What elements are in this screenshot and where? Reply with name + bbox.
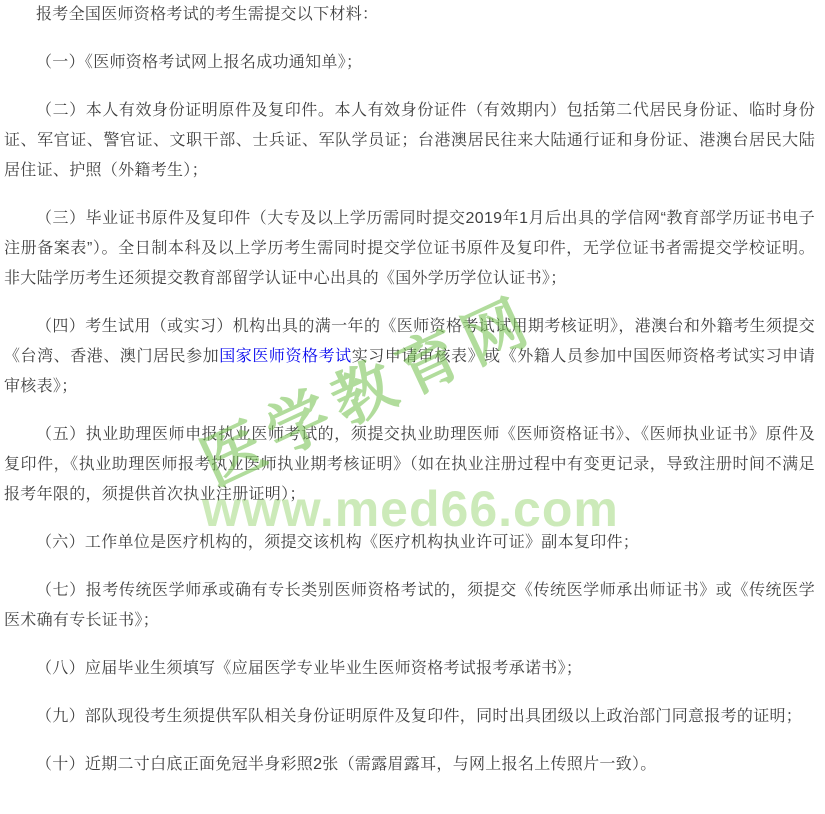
requirement-item-3: （三）毕业证书原件及复印件（大专及以上学历需同时提交2019年1月后出具的学信网… [4,204,815,294]
requirement-item-5: （五）执业助理医师申报执业医师考试的，须提交执业助理医师《医师资格证书》、《医师… [4,420,815,510]
requirement-item-10: （十）近期二寸白底正面免冠半身彩照2张（需露眉露耳，与网上报名上传照片一致）。 [4,750,815,780]
article-page: 报考全国医师资格考试的考生需提交以下材料： （一）《医师资格考试网上报名成功通知… [0,0,825,814]
requirement-item-8: （八）应届毕业生须填写《应届医学专业毕业生医师资格考试报考承诺书》； [4,654,815,684]
requirement-item-1: （一）《医师资格考试网上报名成功通知单》； [4,48,815,78]
requirement-item-9: （九）部队现役考生须提供军队相关身份证明原件及复印件，同时出具团级以上政治部门同… [4,702,815,732]
article-content: 报考全国医师资格考试的考生需提交以下材料： （一）《医师资格考试网上报名成功通知… [0,0,825,780]
requirement-item-4: （四）考生试用（或实习）机构出具的满一年的《医师资格考试试用期考核证明》，港澳台… [4,312,815,402]
requirement-item-6: （六）工作单位是医疗机构的，须提交该机构《医疗机构执业许可证》副本复印件； [4,528,815,558]
intro-paragraph: 报考全国医师资格考试的考生需提交以下材料： [4,0,815,30]
requirement-item-7: （七）报考传统医学师承或确有专长类别医师资格考试的，须提交《传统医学师承出师证书… [4,576,815,636]
requirement-item-2: （二）本人有效身份证明原件及复印件。本人有效身份证件（有效期内）包括第二代居民身… [4,96,815,186]
national-physician-exam-link[interactable]: 国家医师资格考试 [219,348,351,365]
